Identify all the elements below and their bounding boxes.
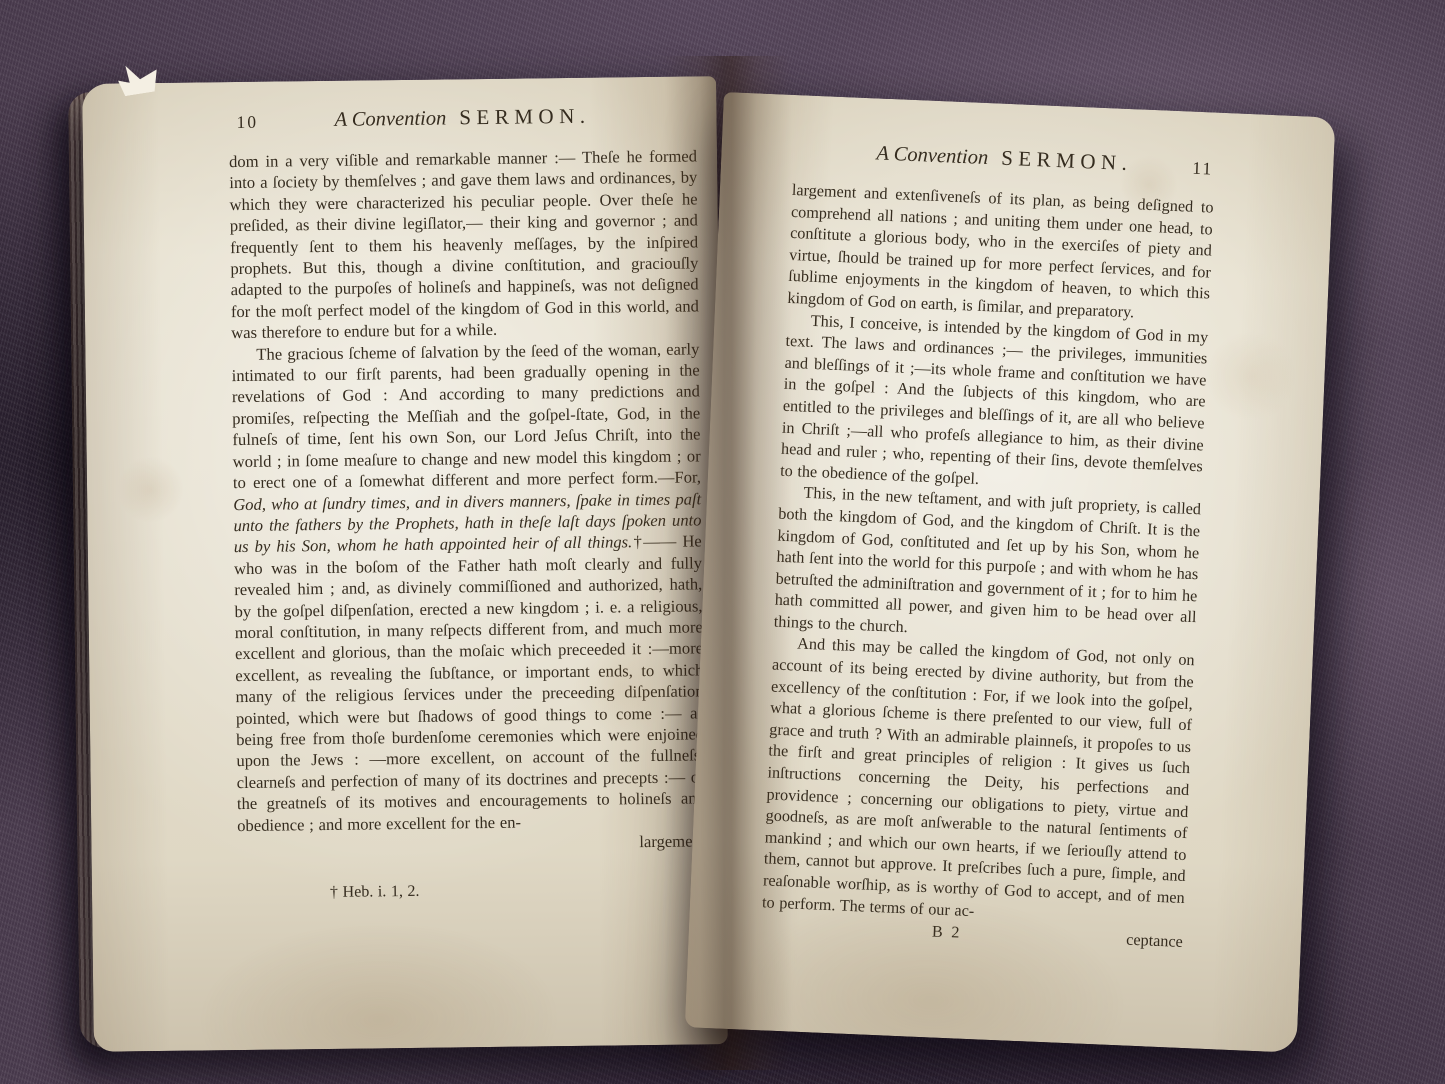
running-head-caps: SERMON.	[459, 104, 591, 130]
paragraph: This, in the new teſtament, and with juſ…	[773, 482, 1201, 651]
left-page: 10 A Convention SERMON. dom in a very vi…	[82, 76, 728, 1052]
paragraph: dom in a very viſible and remarkable man…	[229, 145, 699, 343]
paragraph-roman: †—— He who was in the boſom of the Fathe…	[234, 532, 705, 835]
paragraph: The gracious ſcheme of ſalvation by the …	[231, 338, 705, 836]
running-head-caps: SERMON.	[1001, 146, 1133, 175]
paragraph: largement and extenſiveneſs of its plan,…	[787, 180, 1214, 327]
running-head-italic: A Convention	[876, 142, 989, 169]
page-number-left: 10	[236, 112, 258, 133]
left-page-text-block: dom in a very viſible and remarkable man…	[229, 145, 706, 904]
paragraph: And this may be called the kingdom of Go…	[762, 633, 1195, 931]
right-page-text-block: largement and extenſiveneſs of its plan,…	[761, 180, 1214, 956]
footnote: † Heb. i. 1, 2.	[238, 878, 706, 905]
right-page: A Convention SERMON. 11 largement and ex…	[685, 92, 1336, 1053]
page-number-right: 11	[1192, 158, 1214, 180]
paragraph: This, I conceive, is intended by the kin…	[780, 309, 1209, 499]
catchword: ceptance	[1126, 930, 1183, 954]
running-head-left: 10 A Convention SERMON.	[228, 102, 696, 138]
running-head-right: A Convention SERMON. 11	[793, 137, 1216, 185]
paragraph-roman: The gracious ſcheme of ſalvation by the …	[232, 339, 702, 492]
running-head-italic: A Convention	[334, 107, 446, 130]
signature-mark: B 2	[931, 922, 961, 945]
